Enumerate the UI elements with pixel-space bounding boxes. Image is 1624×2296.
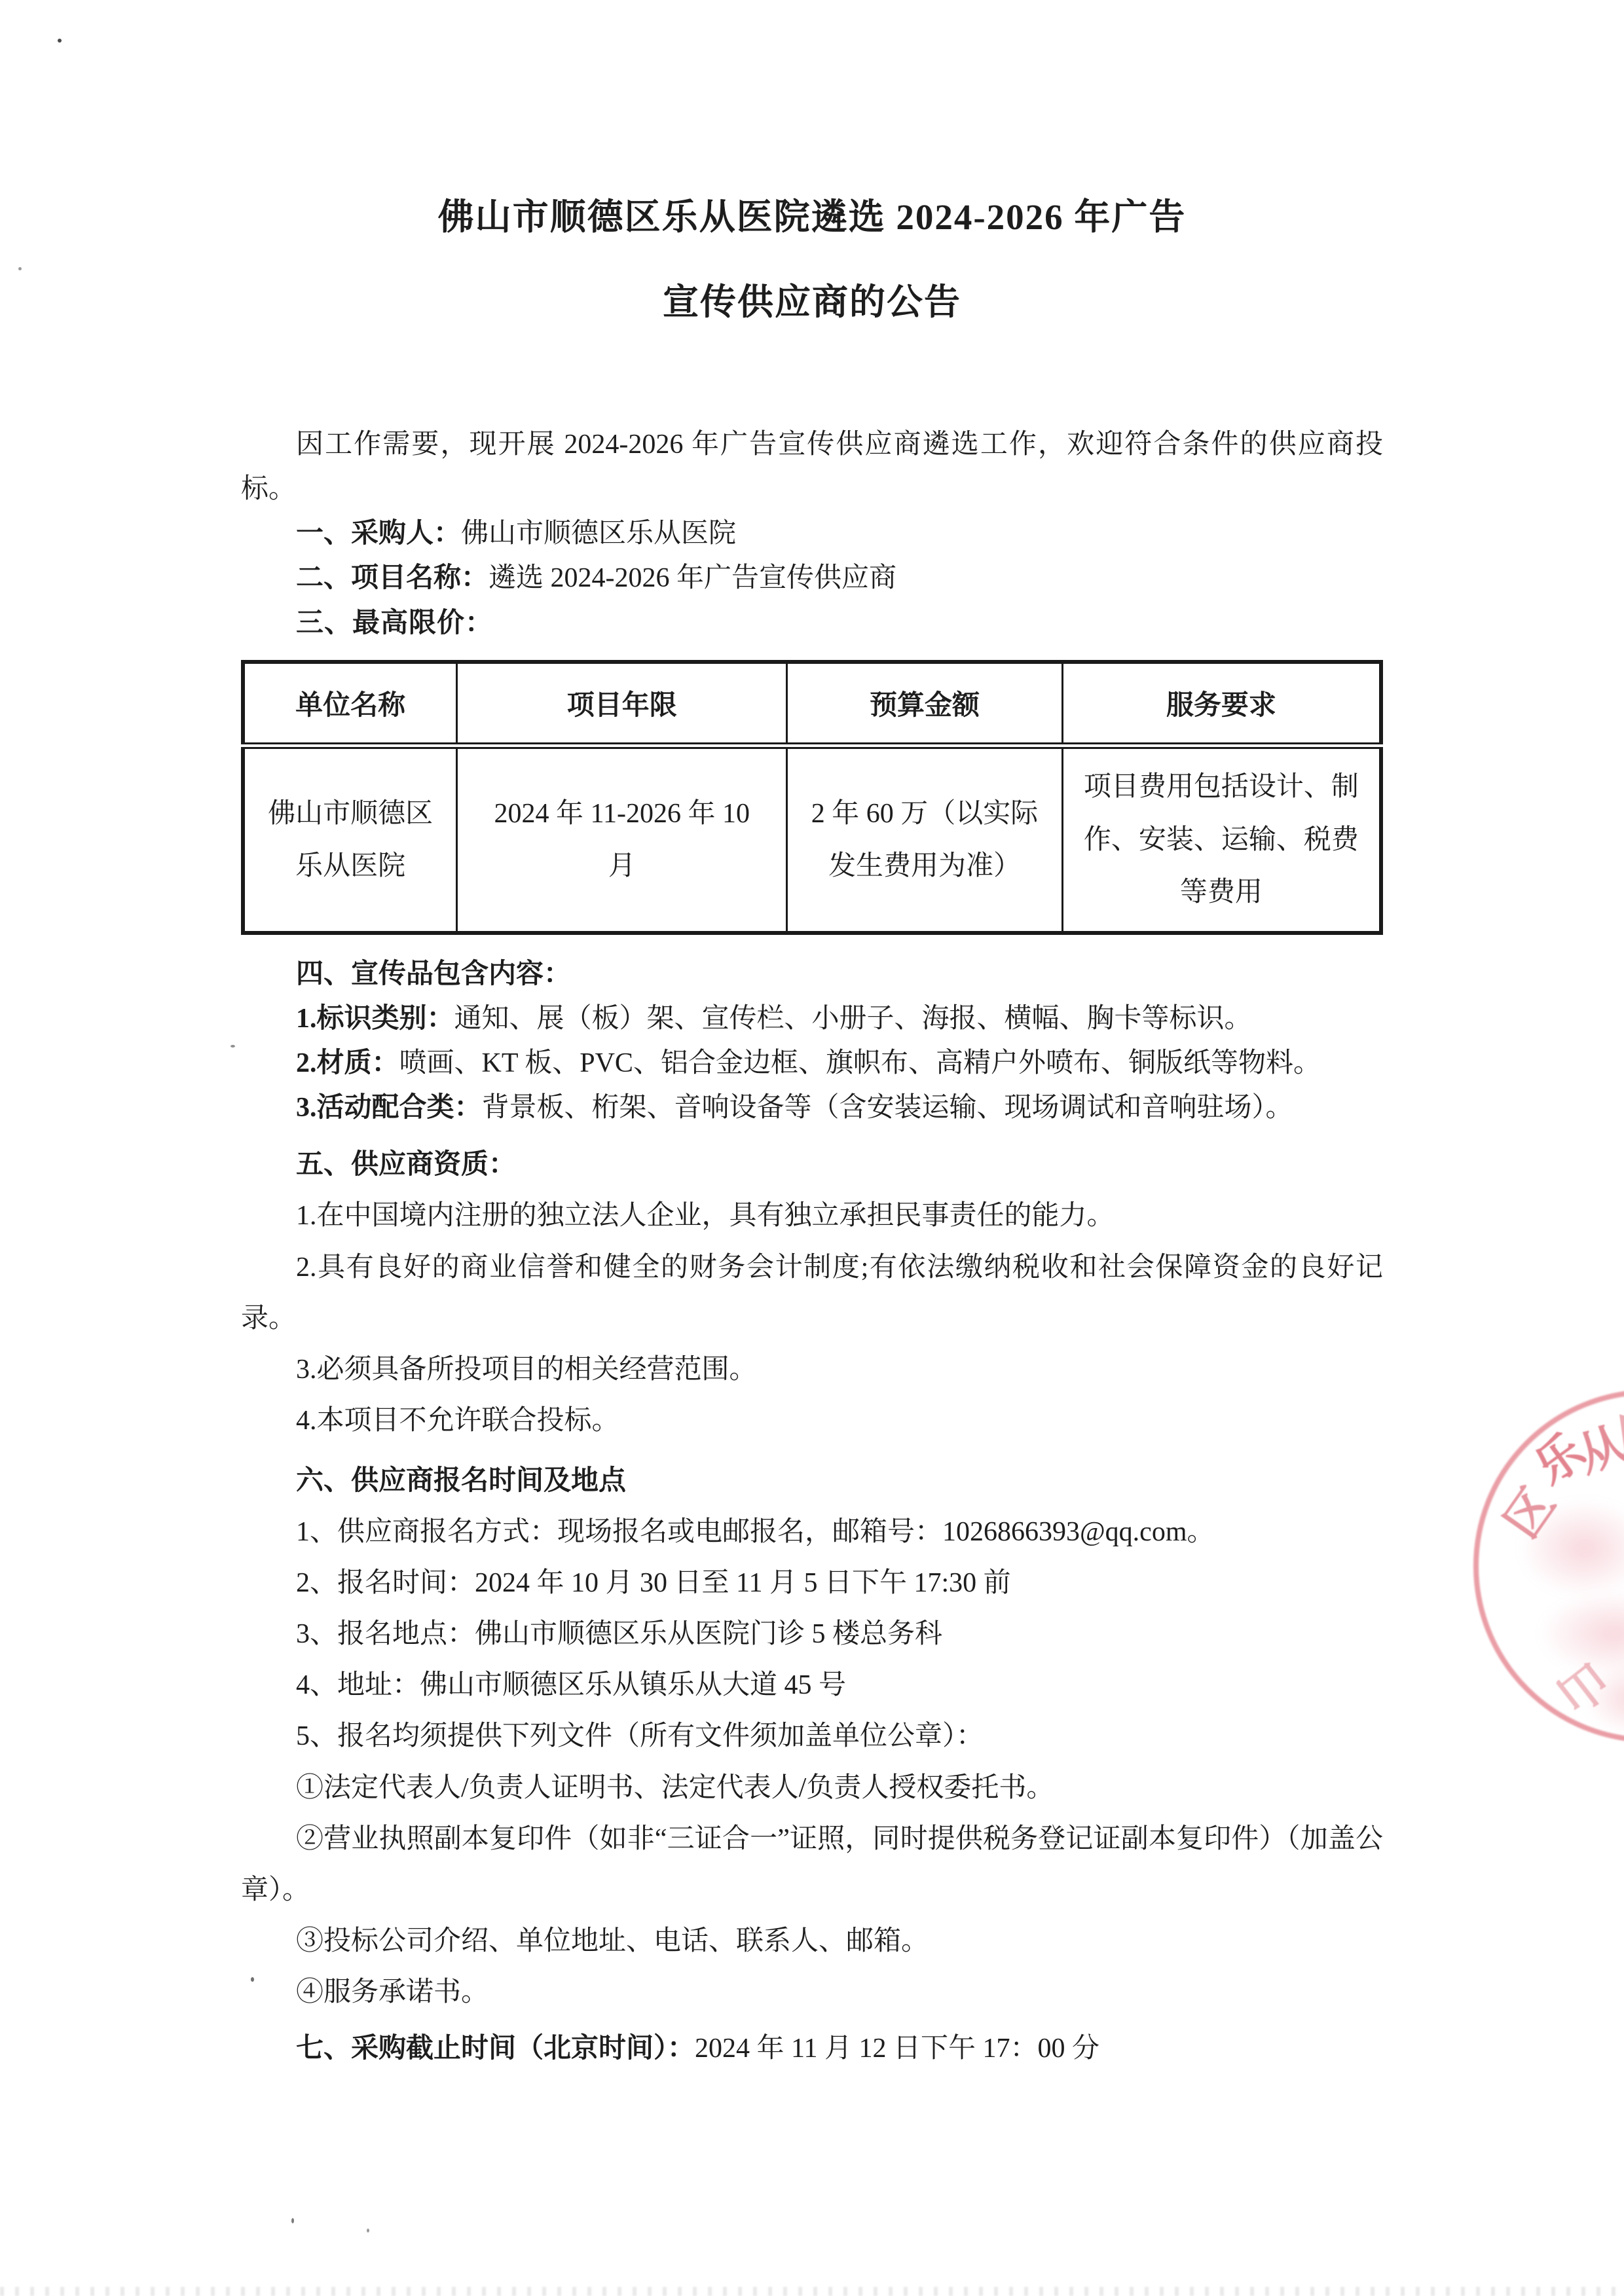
content-item-1-label: 1.标识类别： (296, 1004, 454, 1034)
section5-heading: 五、供应商资质： (241, 1139, 1383, 1190)
stamp-ink-smudge (1539, 1591, 1624, 1676)
max-price-heading-text: 三、最高限价： (296, 607, 493, 638)
project-name-value: 遴选 2024-2026 年广告宣传供应商 (489, 563, 896, 593)
price-table-header-row: 单位名称 项目年限 预算金额 服务要求 (243, 662, 1381, 746)
qualification-item-4: 4.本项目不允许联合投标。 (241, 1395, 1383, 1446)
deadline-line: 七、采购截止时间（北京时间）：2024 年 11 月 12 日下午 17：00 … (241, 2023, 1383, 2074)
required-document-3: ③投标公司介绍、单位地址、电话、联系人、邮箱。 (241, 1916, 1383, 1967)
buyer-line: 一、采购人：佛山市顺德区乐从医院 (241, 511, 1383, 556)
stamp-character: 乐 (1518, 1415, 1596, 1497)
col-header-service-requirements: 服务要求 (1062, 662, 1381, 746)
project-name-line: 二、项目名称：遴选 2024-2026 年广告宣传供应商 (241, 556, 1383, 600)
stamp-character: 医 (1613, 1393, 1624, 1467)
section4-heading-text: 四、宣传品包含内容： (296, 959, 571, 989)
buyer-label: 一、采购人： (296, 519, 461, 549)
stamp-ink-smudge (1519, 1499, 1624, 1597)
registration-item-method: 1、供应商报名方式：现场报名或电邮报名，邮箱号：1026866393@qq.co… (241, 1506, 1383, 1558)
document-title-line-1: 佛山市顺德区乐从医院遴选 2024-2026 年广告 (241, 194, 1383, 241)
section5-heading-text: 五、供应商资质： (296, 1150, 516, 1180)
content-item-materials: 2.材质：喷画、KT 板、PVC、铝合金边框、旗帜布、高精户外喷布、铜版纸等物料… (241, 1041, 1383, 1085)
stamp-character: 从 (1566, 1406, 1624, 1485)
qualification-item-3: 3.必须具备所投项目的相关经营范围。 (241, 1344, 1383, 1395)
scan-speck (367, 2229, 369, 2232)
registration-item-address: 4、地址：佛山市顺德区乐从镇乐从大道 45 号 (241, 1660, 1383, 1711)
project-name-label: 二、项目名称： (296, 563, 489, 593)
content-item-2-text: 喷画、KT 板、PVC、铝合金边框、旗帜布、高精户外喷布、铜版纸等物料。 (399, 1048, 1321, 1078)
section6-heading: 六、供应商报名时间及地点 (241, 1455, 1383, 1506)
intro-paragraph: 因工作需要，现开展 2024-2026 年广告宣传供应商遴选工作，欢迎符合条件的… (241, 422, 1383, 511)
cell-service-requirements: 项目费用包括设计、制 作、安装、运输、税费 等费用 (1062, 746, 1381, 933)
buyer-value: 佛山市顺德区乐从医院 (461, 519, 736, 549)
scan-speck (291, 2218, 294, 2223)
stamp-character: 山 (1546, 1649, 1624, 1732)
deadline-value: 2024 年 11 月 12 日下午 17：00 分 (695, 2033, 1099, 2064)
scan-speck (251, 1977, 254, 1982)
scan-speck (58, 39, 62, 43)
max-price-heading: 三、最高限价： (241, 600, 1383, 646)
scan-speck (231, 1045, 235, 1048)
content-item-event-support: 3.活动配合类：背景板、桁架、音响设备等（含安装运输、现场调试和音响驻场）。 (241, 1085, 1383, 1130)
scan-speck (18, 267, 22, 270)
section4-heading: 四、宣传品包含内容： (241, 952, 1383, 996)
required-document-2: ②营业执照副本复印件（如非“三证合一”证照，同时提供税务登记证副本复印件）（加盖… (241, 1813, 1383, 1916)
cell-unit-name: 佛山市顺德区 乐从医院 (243, 746, 457, 933)
content-item-3-label: 3.活动配合类： (296, 1093, 482, 1123)
stamp-character: 区 (1485, 1472, 1568, 1550)
content-item-1-text: 通知、展（板）架、宣传栏、小册子、海报、横幅、胸卡等标识。 (454, 1004, 1252, 1034)
deadline-label: 七、采购截止时间（北京时间）： (296, 2033, 695, 2064)
stamp-ring (1473, 1389, 1624, 1743)
document-title-line-2: 宣传供应商的公告 (241, 279, 1383, 326)
registration-item-documents-required: 5、报名均须提供下列文件（所有文件须加盖单位公章）： (241, 1711, 1383, 1762)
registration-item-place: 3、报名地点：佛山市顺德区乐从医院门诊 5 楼总务科 (241, 1609, 1383, 1660)
content-item-2-label: 2.材质： (296, 1048, 399, 1078)
content-item-sign-types: 1.标识类别：通知、展（板）架、宣传栏、小册子、海报、横幅、胸卡等标识。 (241, 996, 1383, 1041)
qualification-item-1: 1.在中国境内注册的独立法人企业，具有独立承担民事责任的能力。 (241, 1190, 1383, 1241)
required-document-4: ④服务承诺书。 (241, 1967, 1383, 2018)
content-item-3-text: 背景板、桁架、音响设备等（含安装运输、现场调试和音响驻场）。 (482, 1093, 1293, 1123)
col-header-budget: 预算金额 (787, 662, 1063, 746)
stamp-ink-smudge (1585, 1663, 1624, 1735)
scan-edge-noise (0, 2287, 1624, 2296)
required-document-1: ①法定代表人/负责人证明书、法定代表人/负责人授权委托书。 (241, 1762, 1383, 1813)
price-table-data-row: 佛山市顺德区 乐从医院 2024 年 11-2026 年 10 月 2 年 60… (243, 746, 1381, 933)
col-header-unit-name: 单位名称 (243, 662, 457, 746)
cell-project-years: 2024 年 11-2026 年 10 月 (457, 746, 787, 933)
cell-budget: 2 年 60 万（以实际 发生费用为准） (787, 746, 1063, 933)
scanned-announcement-page: 佛山市顺德区乐从医院遴选 2024-2026 年广告 宣传供应商的公告 因工作需… (0, 0, 1624, 2296)
col-header-project-years: 项目年限 (457, 662, 787, 746)
registration-item-time: 2、报名时间：2024 年 10 月 30 日至 11 月 5 日下午 17:3… (241, 1558, 1383, 1609)
qualification-item-2: 2.具有良好的商业信誉和健全的财务会计制度;有依法缴纳税收和社会保障资金的良好记… (241, 1242, 1383, 1344)
section6-heading-text: 六、供应商报名时间及地点 (296, 1466, 626, 1496)
official-seal-stamp: 区 乐 从 医 山 (1473, 1389, 1624, 1743)
price-table: 单位名称 项目年限 预算金额 服务要求 佛山市顺德区 乐从医院 2024 年 1… (241, 660, 1383, 935)
